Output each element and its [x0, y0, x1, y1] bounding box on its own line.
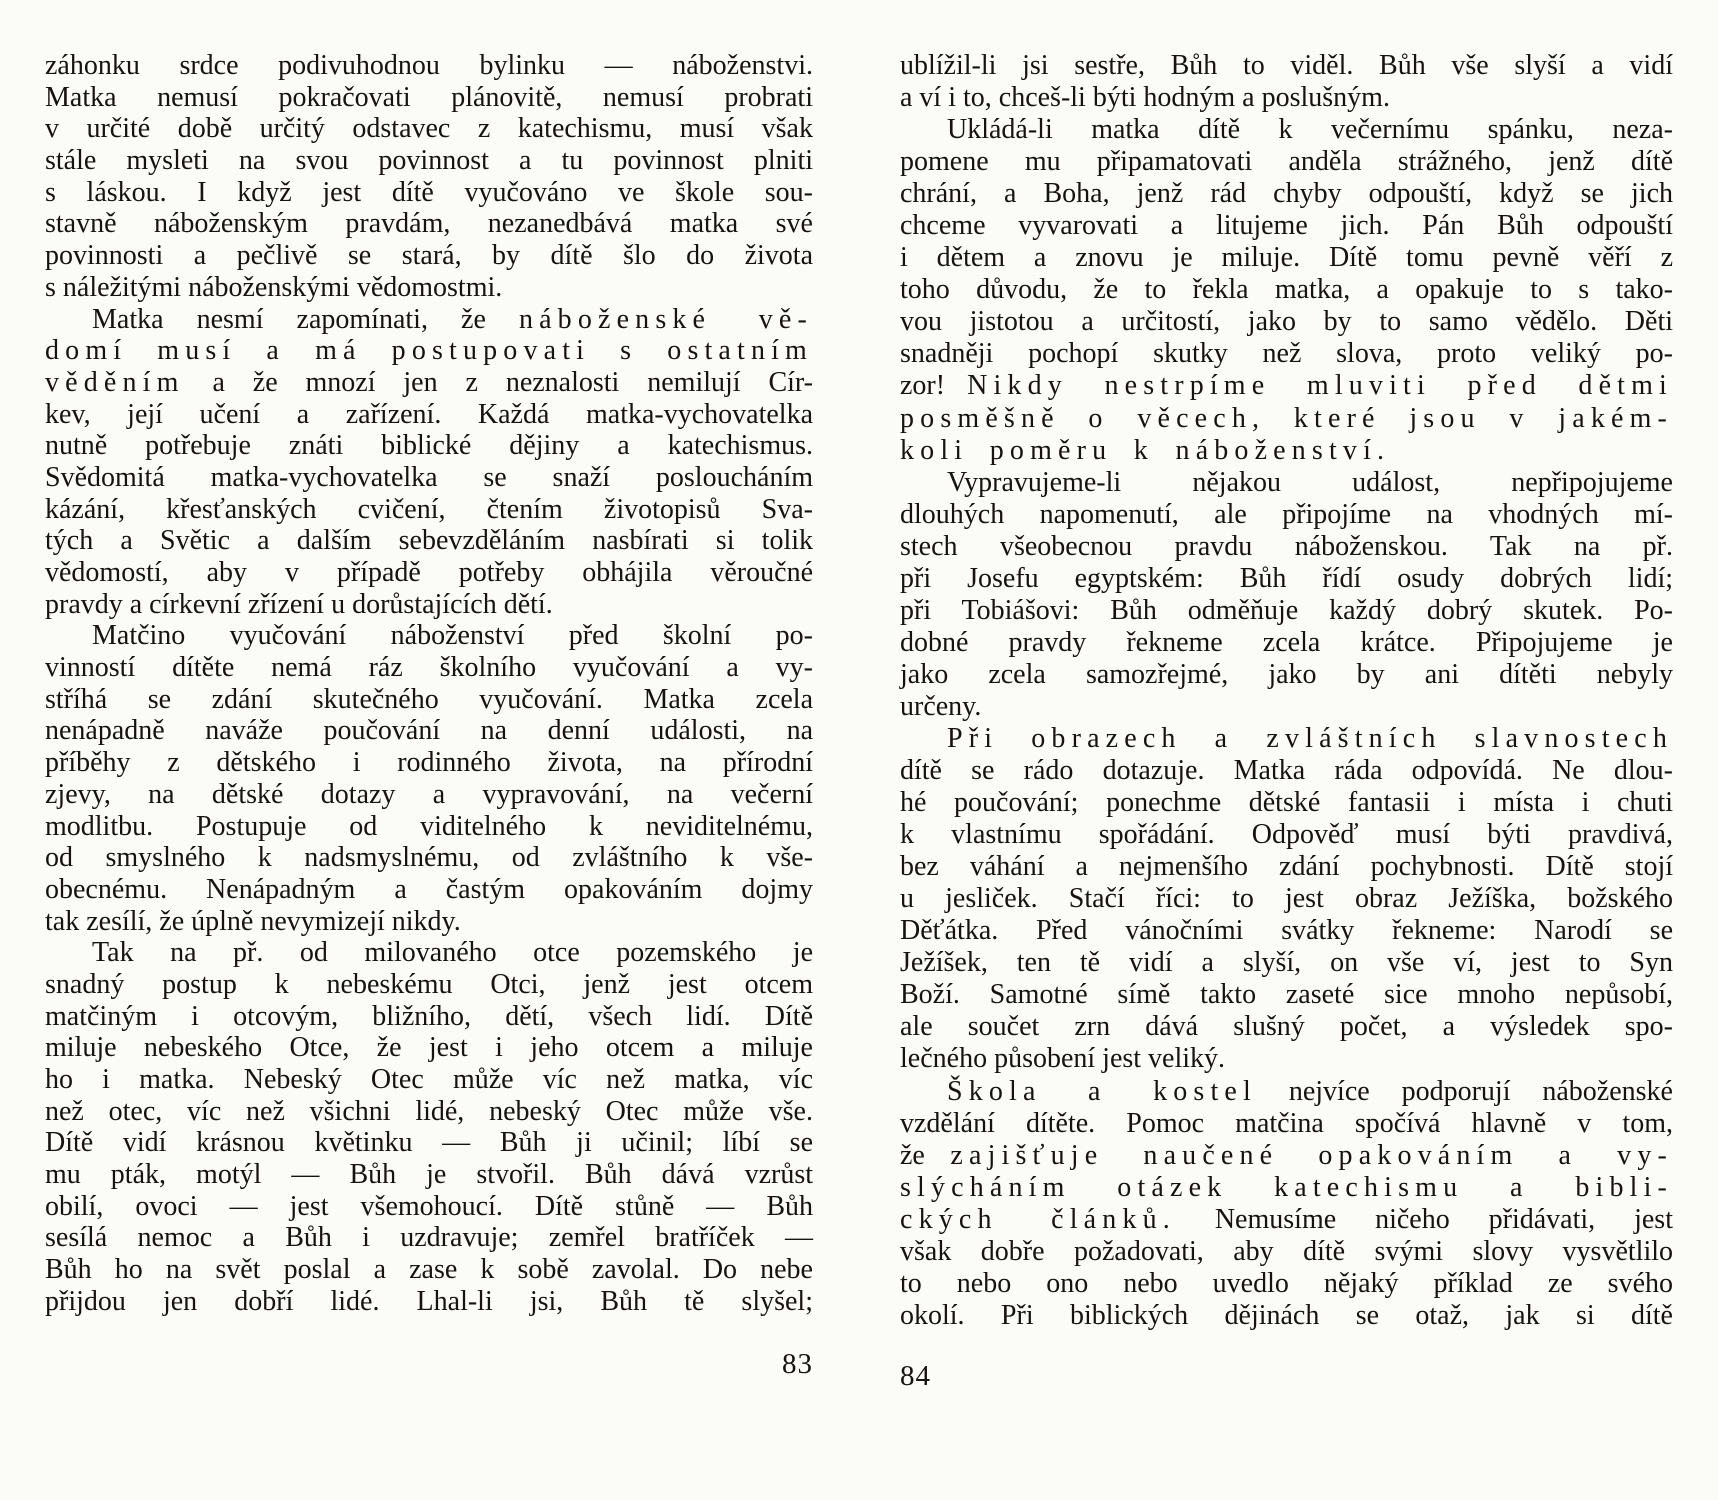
text-segment: dítě se rádo dotazuje. Matka ráda odpoví…	[900, 755, 1673, 786]
text-segment: tých a Světic a dalším sebevzděláním nas…	[45, 525, 813, 556]
text-segment: pomene mu připamatovati anděla strážného…	[900, 146, 1673, 177]
text-line: vědomostí, aby v případě potřeby obhájil…	[45, 557, 813, 589]
text-line: toho důvodu, že to řekla matka, a opakuj…	[900, 274, 1673, 306]
text-line: dobné pravdy řekneme zcela krátce. Připo…	[900, 627, 1673, 659]
text-line: nenápadně naváže poučování na denní udál…	[45, 715, 813, 747]
text-segment: při Josefu egyptském: Bůh řídí osudy dob…	[900, 563, 1673, 594]
letterspaced-text-segment: náboženské vě-	[519, 304, 813, 335]
text-segment: chceme vyvarovati a litujeme jich. Pán B…	[900, 210, 1673, 241]
text-segment: Matčino vyučování náboženství před školn…	[92, 620, 813, 651]
text-line: snadněji pochopí skutky než slova, proto…	[900, 338, 1673, 370]
text-segment: jako zcela samozřejmé, jako by ani dítět…	[900, 659, 1673, 690]
text-segment: však dobře požadovati, aby dítě svými sl…	[900, 1236, 1673, 1267]
text-line: sesílá nemoc a Bůh i uzdravuje; zemřel b…	[45, 1222, 813, 1254]
text-line: chceme vyvarovati a litujeme jich. Pán B…	[900, 210, 1673, 242]
text-segment: dlouhých napomenutí, ale připojíme na vh…	[900, 499, 1673, 530]
text-line: kev, její učení a zařízení. Každá matka-…	[45, 399, 813, 431]
letterspaced-text-segment: věděním	[45, 367, 185, 398]
text-segment: chrání, a Boha, jenž rád chyby odpouští,…	[900, 178, 1673, 209]
text-segment: sesílá nemoc a Bůh i uzdravuje; zemřel b…	[45, 1222, 813, 1253]
text-line: ale součet zrn dává slušný počet, a výsl…	[900, 1011, 1673, 1043]
text-segment: u jesliček. Stačí říci: to jest obraz Je…	[900, 883, 1673, 914]
text-line: zjevy, na dětské dotazy a vypravování, n…	[45, 779, 813, 811]
text-line: Matka nemusí pokračovati plánovitě, nemu…	[45, 82, 813, 114]
text-segment: vinností dítěte nemá ráz školního vyučov…	[45, 652, 813, 683]
text-segment: tak zesílí, že úplně nevymizejí nikdy.	[45, 906, 461, 937]
text-segment: s láskou. I když jest dítě vyučováno ve …	[45, 177, 813, 208]
text-line: obecnému. Nenápadným a častým opakováním…	[45, 874, 813, 906]
text-line: koli poměru k náboženství.	[900, 435, 1673, 467]
text-segment: stříhá se zdání skutečného vyučování. Ma…	[45, 684, 813, 715]
text-line: Boží. Samotné símě takto zaseté sice mno…	[900, 979, 1673, 1011]
page-left-text-column: záhonku srdce podivuhodnou bylinku — náb…	[45, 50, 813, 1318]
letterspaced-text-segment: Při obrazech a zvláštních slavnostech	[947, 723, 1673, 754]
text-line: lečného působení jest veliký.	[900, 1043, 1673, 1075]
text-line: záhonku srdce podivuhodnou bylinku — náb…	[45, 50, 813, 82]
text-segment: stále mysleti na svou povinnost a tu pov…	[45, 145, 813, 176]
text-line: Při obrazech a zvláštních slavnostech	[900, 723, 1673, 755]
text-segment: Boží. Samotné símě takto zaseté sice mno…	[900, 979, 1673, 1010]
text-line: Bůh ho na svět poslal a zase k sobě zavo…	[45, 1254, 813, 1286]
text-segment: mu pták, motýl — Bůh je stvořil. Bůh dáv…	[45, 1159, 813, 1190]
text-segment: ho i matka. Nebeský Otec může víc než ma…	[45, 1064, 813, 1095]
text-segment: kev, její učení a zařízení. Každá matka-…	[45, 399, 813, 430]
text-segment: vou jistotou a určitostí, jako by to sam…	[900, 306, 1673, 337]
text-line: posměšně o věcech, které jsou v jakém-	[900, 403, 1673, 435]
text-segment: Nemusíme ničeho přidávati, jest	[1176, 1204, 1673, 1235]
text-line: přijdou jen dobří lidé. Lhal-li jsi, Bůh…	[45, 1286, 813, 1318]
text-line: ho i matka. Nebeský Otec může víc než ma…	[45, 1064, 813, 1096]
book-spread: záhonku srdce podivuhodnou bylinku — náb…	[0, 0, 1718, 1500]
text-line: dítě se rádo dotazuje. Matka ráda odpoví…	[900, 755, 1673, 787]
text-segment: nejvíce podporují náboženské	[1257, 1076, 1673, 1107]
text-line: při Josefu egyptském: Bůh řídí osudy dob…	[900, 563, 1673, 595]
text-line: Škola a kostel nejvíce podporují nábožen…	[900, 1076, 1673, 1108]
text-line: stavně náboženským pravdám, nezanedbává …	[45, 208, 813, 240]
text-line: s láskou. I když jest dítě vyučováno ve …	[45, 177, 813, 209]
text-segment: Ukládá-li matka dítě k večernímu spánku,…	[947, 114, 1673, 145]
text-segment: Ježíšek, ten tě vidí a slyší, on vše ví,…	[900, 947, 1673, 978]
text-segment: k vlastnímu spořádání. Odpověď musí býti…	[900, 819, 1673, 850]
text-segment: snadný postup k nebeskému Otci, jenž jes…	[45, 969, 813, 1000]
text-segment: nenápadně naváže poučování na denní udál…	[45, 715, 813, 746]
text-segment: než otec, víc než všichni lidé, nebeský …	[45, 1096, 813, 1127]
text-segment: bez váhání a nejmenšího zdání pochybnost…	[900, 851, 1673, 882]
text-segment: Bůh ho na svět poslal a zase k sobě zavo…	[45, 1254, 813, 1285]
text-line: Ukládá-li matka dítě k večernímu spánku,…	[900, 114, 1673, 146]
text-line: že zajišťuje naučené opakováním a vy-	[900, 1140, 1673, 1172]
text-line: zor! Nikdy nestrpíme mluviti před dětmi	[900, 370, 1673, 402]
text-line: u jesliček. Stačí říci: to jest obraz Je…	[900, 883, 1673, 915]
text-segment: obecnému. Nenápadným a častým opakováním…	[45, 874, 813, 905]
text-line: hé poučování; ponechme dětské fantasii i…	[900, 787, 1673, 819]
text-line: v určité době určitý odstavec z katechis…	[45, 113, 813, 145]
text-segment: při Tobiášovi: Bůh odměňuje každý dobrý …	[900, 595, 1673, 626]
text-line: to nebo ono nebo uvedlo nějaký příklad z…	[900, 1268, 1673, 1300]
text-line: i dětem a znovu je miluje. Dítě tomu pev…	[900, 242, 1673, 274]
letterspaced-text-segment: ckých článků.	[900, 1204, 1176, 1235]
text-line: stále mysleti na svou povinnost a tu pov…	[45, 145, 813, 177]
text-line: vzdělání dítěte. Pomoc matčina spočívá h…	[900, 1108, 1673, 1140]
text-segment: okolí. Při biblických dějinách se otaž, …	[900, 1300, 1673, 1331]
text-line: Ježíšek, ten tě vidí a slyší, on vše ví,…	[900, 947, 1673, 979]
text-line: pravdy a církevní zřízení u dorůstajícíc…	[45, 589, 813, 621]
text-line: stech všeobecnou pravdu náboženskou. Tak…	[900, 531, 1673, 563]
text-line: Vypravujeme-li nějakou událost, nepřipoj…	[900, 467, 1673, 499]
text-line: snadný postup k nebeskému Otci, jenž jes…	[45, 969, 813, 1001]
text-line: tých a Světic a dalším sebevzděláním nas…	[45, 525, 813, 557]
text-line: určeny.	[900, 691, 1673, 723]
text-segment: lečného působení jest veliký.	[900, 1043, 1225, 1074]
text-segment: Dítě vidí krásnou květinku — Bůh ji učin…	[45, 1127, 813, 1158]
text-segment: obilí, ovoci — jest všemohoucí. Dítě stů…	[45, 1191, 813, 1222]
text-line: jako zcela samozřejmé, jako by ani dítět…	[900, 659, 1673, 691]
text-line: stříhá se zdání skutečného vyučování. Ma…	[45, 684, 813, 716]
text-line: dlouhých napomenutí, ale připojíme na vh…	[900, 499, 1673, 531]
text-segment: pravdy a církevní zřízení u dorůstajícíc…	[45, 589, 553, 620]
letterspaced-text-segment: Nikdy nestrpíme mluviti před dětmi	[967, 370, 1673, 401]
text-segment: ale součet zrn dává slušný počet, a výsl…	[900, 1011, 1673, 1042]
text-line: od smyslného k nadsmyslnému, od zvláštní…	[45, 842, 813, 874]
text-line: domí musí a má postupovati s ostatním	[45, 335, 813, 367]
text-segment: matčiným i otcovým, bližního, dětí, všec…	[45, 1001, 813, 1032]
text-line: Matka nesmí zapomínati, že náboženské vě…	[45, 304, 813, 336]
text-line: Tak na př. od milovaného otce pozemského…	[45, 937, 813, 969]
text-line: nutně potřebuje znáti biblické dějiny a …	[45, 430, 813, 462]
text-segment: stech všeobecnou pravdu náboženskou. Tak…	[900, 531, 1673, 562]
text-line: obilí, ovoci — jest všemohoucí. Dítě stů…	[45, 1191, 813, 1223]
text-line: tak zesílí, že úplně nevymizejí nikdy.	[45, 906, 813, 938]
text-segment: ublížil-li jsi sestře, Bůh to viděl. Bůh…	[900, 50, 1673, 81]
text-line: slýcháním otázek katechismu a bibli-	[900, 1172, 1673, 1204]
letterspaced-text-segment: domí musí a má postupovati s ostatním	[45, 335, 813, 366]
text-segment: povinnosti a pečlivě se stará, by dítě š…	[45, 240, 813, 271]
text-segment: stavně náboženským pravdám, nezanedbává …	[45, 208, 813, 239]
page-number-left: 83	[45, 1348, 813, 1381]
text-line: chrání, a Boha, jenž rád chyby odpouští,…	[900, 178, 1673, 210]
text-segment: kázání, křesťanských cvičení, čtením živ…	[45, 494, 813, 525]
text-line: Děťátka. Před vánočními svátky řekneme: …	[900, 915, 1673, 947]
text-line: ublížil-li jsi sestře, Bůh to viděl. Bůh…	[900, 50, 1673, 82]
text-segment: a že mnozí jen z neznalosti nemilují Cír…	[185, 367, 813, 398]
text-segment: Matka nesmí zapomínati, že	[92, 304, 519, 335]
text-line: miluje nebeského Otce, že jest i jeho ot…	[45, 1032, 813, 1064]
text-segment: dobné pravdy řekneme zcela krátce. Připo…	[900, 627, 1673, 658]
text-segment: modlitbu. Postupuje od viditelného k nev…	[45, 811, 813, 842]
text-segment: zjevy, na dětské dotazy a vypravování, n…	[45, 779, 813, 810]
text-line: kázání, křesťanských cvičení, čtením živ…	[45, 494, 813, 526]
text-line: a ví i to, chceš-li býti hodným a posluš…	[900, 82, 1673, 114]
text-segment: a ví i to, chceš-li býti hodným a posluš…	[900, 82, 1390, 113]
text-segment: miluje nebeského Otce, že jest i jeho ot…	[45, 1032, 813, 1063]
text-segment: záhonku srdce podivuhodnou bylinku — náb…	[45, 50, 813, 81]
text-line: příběhy z dětského i rodinného života, n…	[45, 747, 813, 779]
text-segment: Vypravujeme-li nějakou událost, nepřipoj…	[947, 467, 1673, 498]
text-line: k vlastnímu spořádání. Odpověď musí býti…	[900, 819, 1673, 851]
text-segment: nutně potřebuje znáti biblické dějiny a …	[45, 430, 813, 461]
text-segment: příběhy z dětského i rodinného života, n…	[45, 747, 813, 778]
text-segment: vědomostí, aby v případě potřeby obhájil…	[45, 557, 813, 588]
text-line: povinnosti a pečlivě se stará, by dítě š…	[45, 240, 813, 272]
text-line: ckých článků. Nemusíme ničeho přidávati,…	[900, 1204, 1673, 1236]
text-line: vou jistotou a určitostí, jako by to sam…	[900, 306, 1673, 338]
text-segment: s náležitými náboženskými vědomostmi.	[45, 272, 502, 303]
text-segment: to nebo ono nebo uvedlo nějaký příklad z…	[900, 1268, 1673, 1299]
text-line: modlitbu. Postupuje od viditelného k nev…	[45, 811, 813, 843]
text-segment: snadněji pochopí skutky než slova, proto…	[900, 338, 1673, 369]
letterspaced-text-segment: zajišťuje naučené opakováním a vy-	[950, 1140, 1673, 1171]
text-line: mu pták, motýl — Bůh je stvořil. Bůh dáv…	[45, 1159, 813, 1191]
text-line: vinností dítěte nemá ráz školního vyučov…	[45, 652, 813, 684]
text-segment: přijdou jen dobří lidé. Lhal-li jsi, Bůh…	[45, 1286, 813, 1317]
text-line: matčiným i otcovým, bližního, dětí, všec…	[45, 1001, 813, 1033]
text-segment: toho důvodu, že to řekla matka, a opakuj…	[900, 274, 1673, 305]
text-segment: vzdělání dítěte. Pomoc matčina spočívá h…	[900, 1108, 1673, 1139]
text-line: bez váhání a nejmenšího zdání pochybnost…	[900, 851, 1673, 883]
text-segment: Tak na př. od milovaného otce pozemského…	[92, 937, 813, 968]
letterspaced-text-segment: koli poměru k náboženství.	[900, 435, 1390, 466]
letterspaced-text-segment: slýcháním otázek katechismu a bibli-	[900, 1172, 1673, 1203]
text-segment: Svědomitá matka-vychovatelka se snaží po…	[45, 462, 813, 493]
text-segment: hé poučování; ponechme dětské fantasii i…	[900, 787, 1673, 818]
text-line: okolí. Při biblických dějinách se otaž, …	[900, 1300, 1673, 1332]
text-segment: Děťátka. Před vánočními svátky řekneme: …	[900, 915, 1673, 946]
text-line: však dobře požadovati, aby dítě svými sl…	[900, 1236, 1673, 1268]
text-segment: i dětem a znovu je miluje. Dítě tomu pev…	[900, 242, 1673, 273]
text-segment: že	[900, 1140, 950, 1171]
text-line: než otec, víc než všichni lidé, nebeský …	[45, 1096, 813, 1128]
text-line: Svědomitá matka-vychovatelka se snaží po…	[45, 462, 813, 494]
text-segment: Matka nemusí pokračovati plánovitě, nemu…	[45, 82, 813, 113]
text-segment: určeny.	[900, 691, 981, 722]
letterspaced-text-segment: Škola a kostel	[947, 1076, 1257, 1107]
text-line: s náležitými náboženskými vědomostmi.	[45, 272, 813, 304]
text-segment: v určité době určitý odstavec z katechis…	[45, 113, 813, 144]
text-segment: od smyslného k nadsmyslnému, od zvláštní…	[45, 842, 813, 873]
page-right-text-column: ublížil-li jsi sestře, Bůh to viděl. Bůh…	[900, 50, 1673, 1332]
text-line: Dítě vidí krásnou květinku — Bůh ji učin…	[45, 1127, 813, 1159]
page-number-right: 84	[900, 1360, 1100, 1393]
text-line: věděním a že mnozí jen z neznalosti nemi…	[45, 367, 813, 399]
text-line: Matčino vyučování náboženství před školn…	[45, 620, 813, 652]
text-segment: zor!	[900, 370, 967, 401]
letterspaced-text-segment: posměšně o věcech, které jsou v jakém-	[900, 403, 1673, 434]
text-line: při Tobiášovi: Bůh odměňuje každý dobrý …	[900, 595, 1673, 627]
text-line: pomene mu připamatovati anděla strážného…	[900, 146, 1673, 178]
